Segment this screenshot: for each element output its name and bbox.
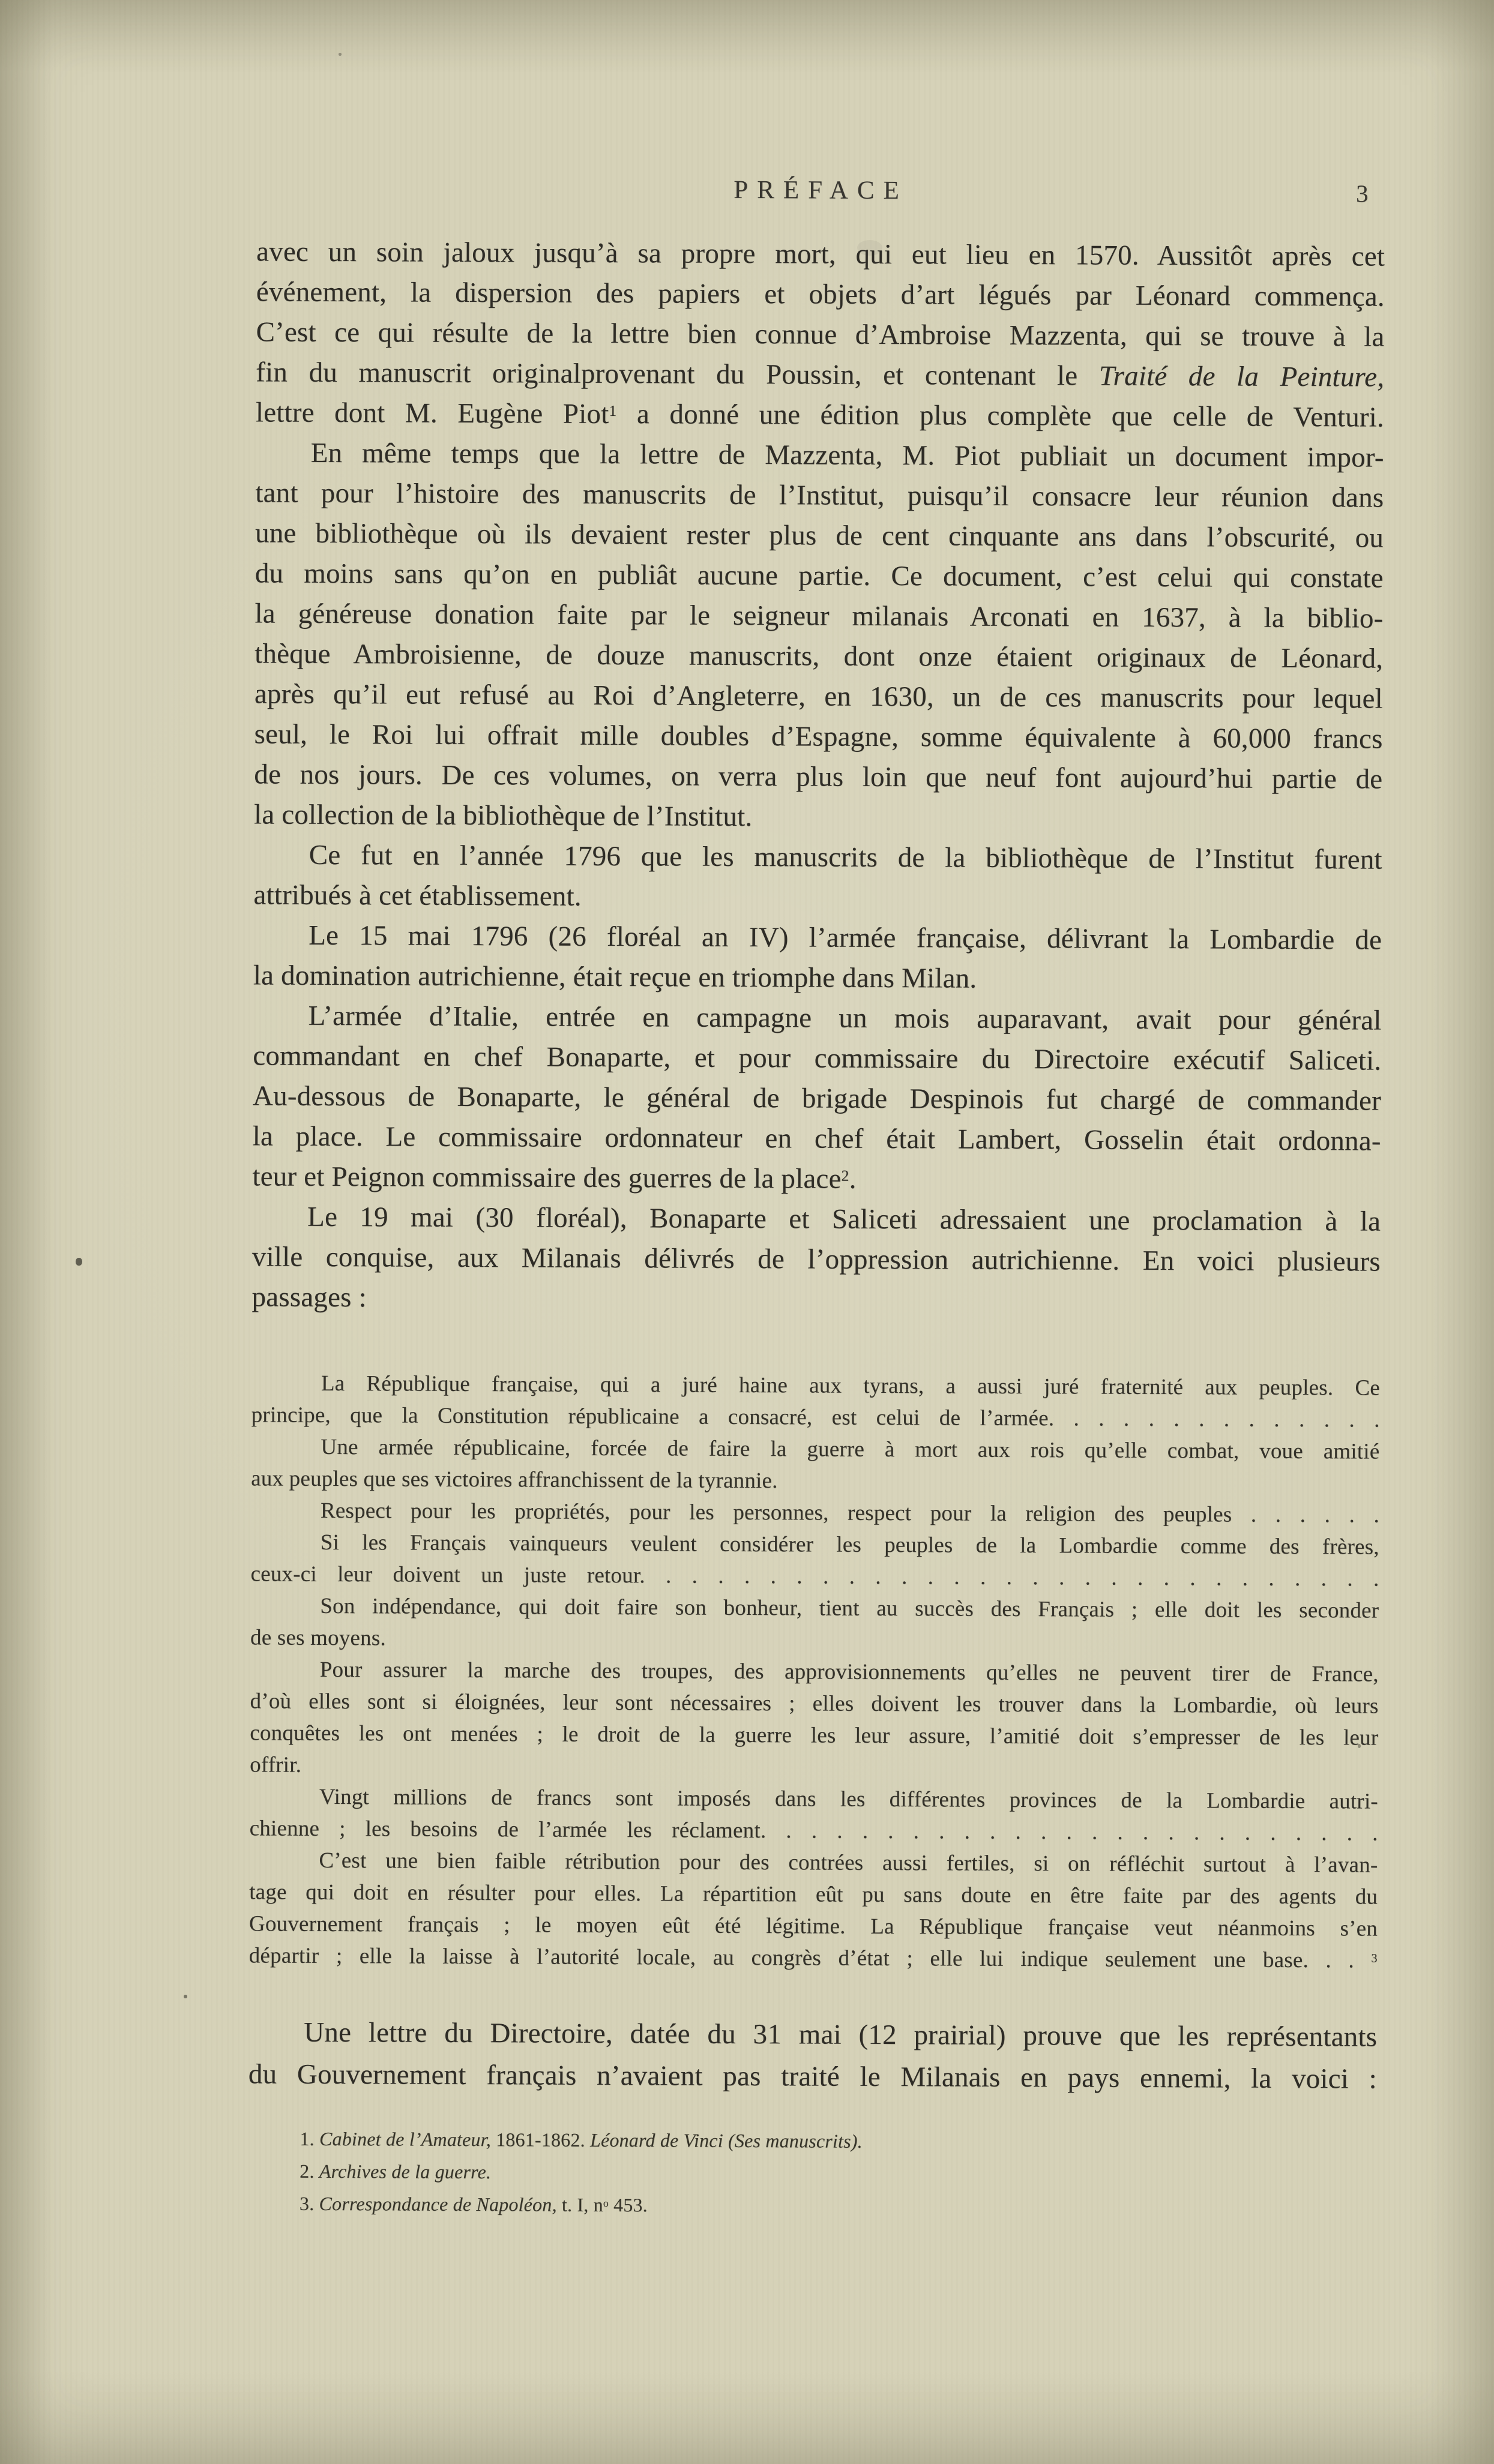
text-line: seul, le Roi lui offrait mille doubles d… <box>254 714 1382 759</box>
text-line: Si les Français vainqueurs veulent consi… <box>251 1526 1379 1563</box>
text-line: attribués à cet établissement. <box>253 875 1382 920</box>
text-line: ceux-ci leur doivent un juste retour. . … <box>250 1558 1379 1594</box>
text-line: teur et Peignon commissaire des guerres … <box>252 1156 1381 1201</box>
text-line: Respect pour les propriétés, pour les pe… <box>251 1494 1379 1531</box>
page-header: PRÉFACE 3 <box>256 173 1385 214</box>
text-line: Pour assurer la marche des troupes, des … <box>250 1653 1379 1690</box>
text-line: C’est ce qui résulte de la lettre bien c… <box>256 312 1384 357</box>
text-line: L’armée d’Italie, entrée en campagne un … <box>253 996 1381 1041</box>
text-line: tant pour l’histoire des manuscrits de l… <box>255 473 1384 518</box>
text-line: conquêtes les ont menées ; le droit de l… <box>250 1717 1378 1753</box>
text-line: la domination autrichienne, était reçue … <box>253 955 1382 1000</box>
page-content: PRÉFACE 3 avec un soin jaloux jusqu’à sa… <box>0 0 1494 2464</box>
scan-speck <box>184 1995 187 1998</box>
text-line: Gouvernement français ; le moyen eût été… <box>249 1908 1378 1944</box>
text-line: Son indépendance, qui doit faire son bon… <box>250 1590 1379 1626</box>
text-line: En même temps que la lettre de Mazzenta,… <box>256 433 1384 478</box>
text-line: d’où elles sont si éloignées, leur sont … <box>250 1685 1378 1722</box>
text-line: une bibliothèque où ils devaient rester … <box>255 513 1384 558</box>
text-line: thèque Ambroisienne, de douze manuscrits… <box>255 634 1383 679</box>
text-line: C’est une bien faible rétribution pour d… <box>249 1844 1378 1881</box>
text-line: Au-dessous de Bonaparte, le général de b… <box>253 1076 1381 1121</box>
text-line: 3. Correspondance de Napoléon, t. I, no … <box>248 2187 1376 2224</box>
scan-speck <box>339 53 342 56</box>
footnotes-block: 1. Cabinet de l’Amateur, 1861-1862. Léon… <box>248 2122 1377 2224</box>
text-line: offrir. <box>250 1749 1378 1785</box>
text-line: Une armée républicaine, forcée de faire … <box>251 1431 1379 1467</box>
page-number: 3 <box>1356 179 1369 208</box>
text-line: Le 19 mai (30 floréal), Bonaparte et Sal… <box>252 1197 1381 1242</box>
text-line: après qu’il eut refusé au Roi d’Angleter… <box>255 674 1383 719</box>
scan-smudge <box>857 240 882 256</box>
text-line: lettre dont M. Eugène Piot1 a donné une … <box>256 392 1384 437</box>
scan-speck <box>1358 1744 1361 1748</box>
text-line: tage qui doit en résulter pour elles. La… <box>249 1876 1378 1913</box>
text-line: Vingt millions de francs sont imposés da… <box>250 1780 1378 1817</box>
text-line: Ce fut en l’année 1796 que les manuscrit… <box>254 835 1382 880</box>
text-line: la place. Le commissaire ordonnateur en … <box>253 1116 1381 1161</box>
text-line: la collection de la bibliothèque de l’In… <box>254 795 1382 840</box>
text-line: du Gouvernement français n’avaient pas t… <box>248 2053 1377 2100</box>
text-line: ville conquise, aux Milanais délivrés de… <box>252 1237 1381 1282</box>
text-line: départir ; elle la laisse à l’autorité l… <box>249 1940 1378 1976</box>
text-line: événement, la dispersion des papiers et … <box>256 272 1385 317</box>
text-line: La République française, qui a juré hain… <box>252 1367 1380 1404</box>
scanned-book-page: PRÉFACE 3 avec un soin jaloux jusqu’à sa… <box>0 0 1494 2464</box>
main-text-block: avec un soin jaloux jusqu’à sa propre mo… <box>252 232 1385 1322</box>
quoted-proclamation-block: La République française, qui a juré hain… <box>249 1367 1380 1976</box>
page-title: PRÉFACE <box>733 176 908 205</box>
text-line: Une lettre du Directoire, datée du 31 ma… <box>248 2011 1377 2058</box>
text-line: de nos jours. De ces volumes, on verra p… <box>254 754 1382 799</box>
text-line: 2. Archives de la guerre. <box>248 2154 1376 2192</box>
text-line: de ses moyens. <box>250 1621 1379 1658</box>
closing-paragraph-block: Une lettre du Directoire, datée du 31 ma… <box>248 2011 1378 2100</box>
text-line: 1. Cabinet de l’Amateur, 1861-1862. Léon… <box>248 2122 1376 2159</box>
text-line: passages : <box>252 1277 1380 1322</box>
scan-speck <box>76 1258 82 1266</box>
text-line: avec un soin jaloux jusqu’à sa propre mo… <box>256 232 1385 277</box>
text-line: la généreuse donation faite par le seign… <box>255 593 1383 639</box>
text-line: commandant en chef Bonaparte, et pour co… <box>253 1036 1381 1081</box>
text-line: Le 15 mai 1796 (26 floréal an IV) l’armé… <box>253 915 1382 960</box>
text-line: chienne ; les besoins de l’armée les réc… <box>250 1812 1378 1849</box>
text-line: du moins sans qu’on en publiât aucune pa… <box>255 553 1384 598</box>
text-line: principe, que la Constitution républicai… <box>252 1399 1380 1435</box>
text-line: fin du manuscrit originalprovenant du Po… <box>256 352 1384 397</box>
text-line: aux peuples que ses victoires affranchis… <box>251 1462 1379 1499</box>
